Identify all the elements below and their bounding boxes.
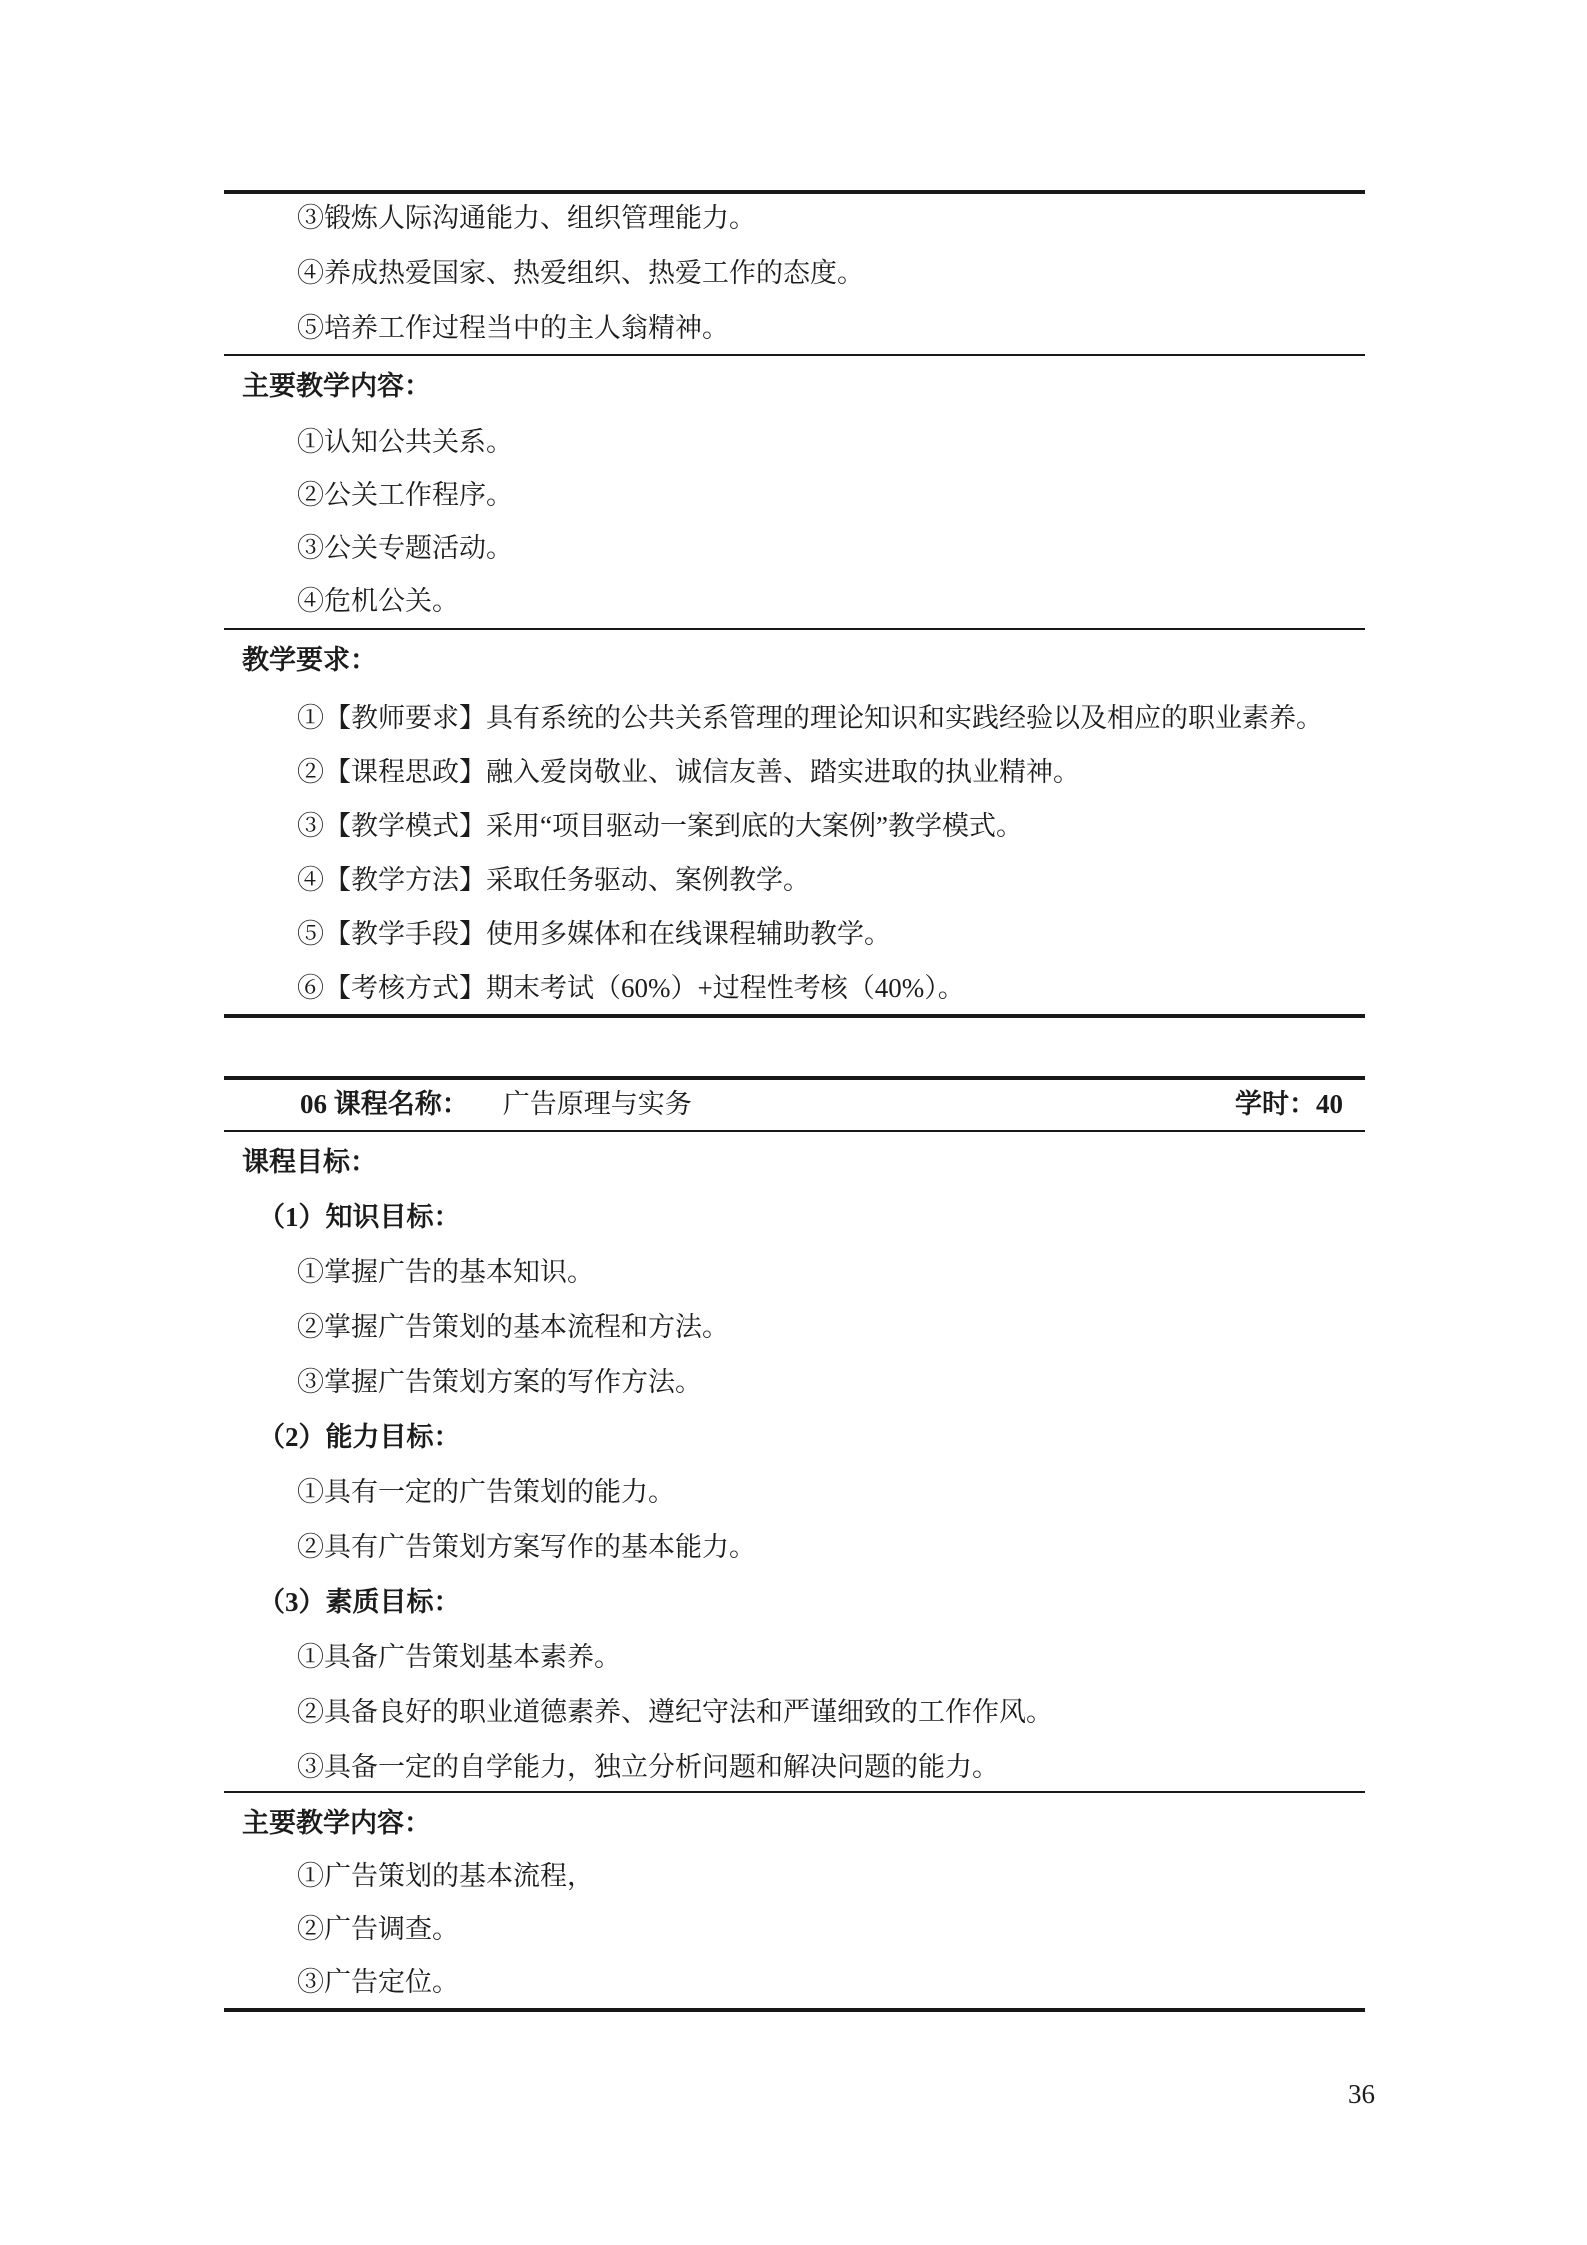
list-item: ②具备良好的职业道德素养、遵纪守法和严谨细致的工作作风。 (224, 1698, 1365, 1726)
row-divider (224, 628, 1365, 630)
list-item: ②广告调查。 (224, 1915, 1365, 1943)
objective-group-label: （2）能力目标： (224, 1423, 1365, 1451)
list-item: ⑤【教学手段】使用多媒体和在线课程辅助教学。 (224, 920, 1365, 948)
list-item: ①认知公共关系。 (224, 428, 1365, 456)
list-item: ③具备一定的自学能力，独立分析问题和解决问题的能力。 (224, 1753, 1365, 1781)
list-item: ②【课程思政】融入爱岗敬业、诚信友善、踏实进取的执业精神。 (224, 758, 1365, 786)
section-heading-course-objectives: 课程目标： (224, 1148, 1365, 1176)
list-item: ①【教师要求】具有系统的公共关系管理的理论知识和实践经验以及相应的职业素养。 (224, 704, 1365, 732)
list-item: ②掌握广告策划的基本流程和方法。 (224, 1313, 1365, 1341)
list-item: ⑤培养工作过程当中的主人翁精神。 (224, 314, 1365, 342)
course-name: 广告原理与实务 (503, 1089, 692, 1119)
section-heading-teaching-requirements: 教学要求： (224, 646, 1365, 674)
table1-border-bottom (224, 1014, 1365, 1018)
row-divider (224, 354, 1365, 356)
course-header-row: 06 课程名称：广告原理与实务 学时：40 (224, 1090, 1365, 1118)
list-item: ④【教学方法】采取任务驱动、案例教学。 (224, 866, 1365, 894)
course-hours-label: 学时：40 (1235, 1090, 1343, 1118)
list-item: ③【教学模式】采用“项目驱动一案到底的大案例”教学模式。 (224, 812, 1365, 840)
objective-group-label: （3）素质目标： (224, 1588, 1365, 1616)
list-item: ①具有一定的广告策划的能力。 (224, 1478, 1365, 1506)
row-divider (224, 1791, 1365, 1793)
list-item: ③掌握广告策划方案的写作方法。 (224, 1368, 1365, 1396)
list-item: ③公关专题活动。 (224, 534, 1365, 562)
objective-group-label: （1）知识目标： (224, 1203, 1365, 1231)
list-item: ①掌握广告的基本知识。 (224, 1258, 1365, 1286)
course-title-group: 06 课程名称：广告原理与实务 (300, 1090, 692, 1118)
page-number: 36 (1348, 2080, 1375, 2108)
list-item: ④危机公关。 (224, 587, 1365, 615)
list-item: ①广告策划的基本流程， (224, 1862, 1365, 1890)
list-item: ④养成热爱国家、热爱组织、热爱工作的态度。 (224, 259, 1365, 287)
section-heading-teaching-content: 主要教学内容： (224, 1809, 1365, 1837)
page-content: ③锻炼人际沟通能力、组织管理能力。 ④养成热爱国家、热爱组织、热爱工作的态度。 … (224, 190, 1365, 2012)
document-page: ③锻炼人际沟通能力、组织管理能力。 ④养成热爱国家、热爱组织、热爱工作的态度。 … (0, 0, 1587, 2245)
course-number-label: 06 课程名称： (300, 1089, 469, 1119)
table1-border-top (224, 190, 1365, 194)
list-item: ③锻炼人际沟通能力、组织管理能力。 (224, 204, 1365, 232)
list-item: ③广告定位。 (224, 1968, 1365, 1996)
list-item: ②公关工作程序。 (224, 481, 1365, 509)
section-heading-teaching-content: 主要教学内容： (224, 372, 1365, 400)
table2-border-bottom (224, 2008, 1365, 2012)
list-item: ①具备广告策划基本素养。 (224, 1643, 1365, 1671)
table2-border-top (224, 1076, 1365, 1080)
row-divider (224, 1130, 1365, 1132)
list-item: ②具有广告策划方案写作的基本能力。 (224, 1533, 1365, 1561)
list-item: ⑥【考核方式】期末考试（60%）+过程性考核（40%）。 (224, 974, 1365, 1002)
